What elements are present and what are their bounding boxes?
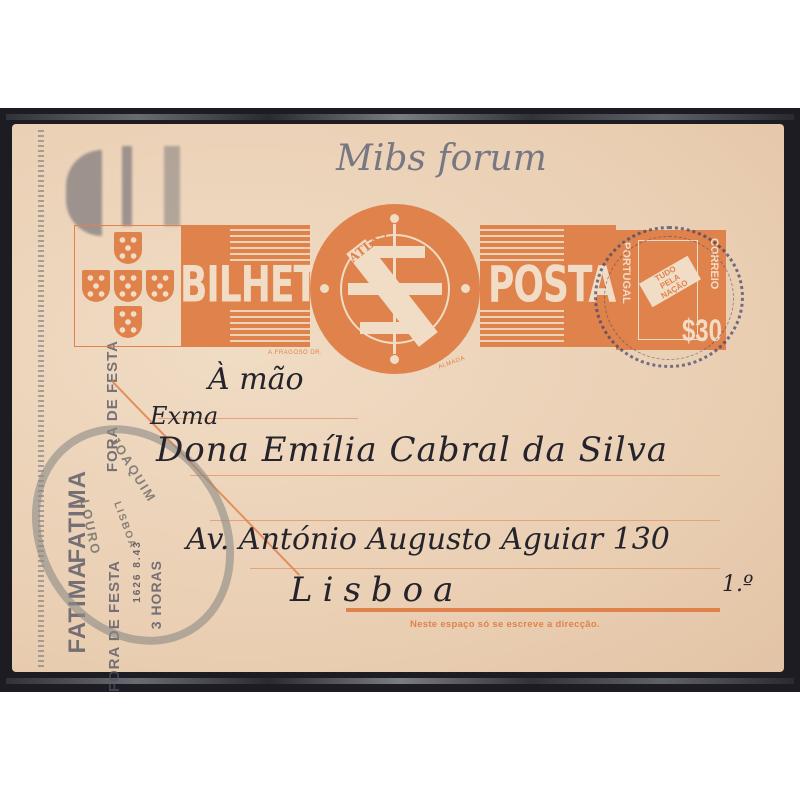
quina-shield-icon <box>114 270 142 302</box>
emblem-dot <box>390 355 399 364</box>
cancel-smudge <box>164 146 180 226</box>
handwritten-line: Lisboa <box>290 570 463 610</box>
emblem-dot <box>320 284 329 293</box>
handwritten-line: À mão <box>208 362 304 397</box>
armillary-sphere-emblem-icon: ATLAS <box>310 204 480 374</box>
cancel-edge-strip <box>38 130 44 670</box>
address-line <box>250 568 720 569</box>
handwritten-line: Av. António Augusto Aguiar 130 <box>186 522 670 557</box>
handwritten-line: Dona Emília Cabral da Silva <box>156 430 668 470</box>
emblem-dot <box>461 284 470 293</box>
band-stripes <box>230 310 310 344</box>
sleeve-highlight-bottom <box>6 678 794 684</box>
address-line <box>190 475 720 476</box>
handwritten-line: Exma <box>150 402 218 430</box>
handwritten-floor: 1.º <box>722 572 753 597</box>
quina-shield-icon <box>82 270 110 302</box>
address-line <box>210 520 720 521</box>
pencil-note: Mibs forum <box>336 138 547 179</box>
quina-shield-icon <box>114 232 142 264</box>
sleeve-highlight-top <box>6 114 794 120</box>
quina-shield-icon <box>114 306 142 338</box>
band-stripes <box>480 310 564 344</box>
cancel-smudge <box>122 146 132 226</box>
emblem-dot <box>390 214 399 223</box>
cachet-date: 1626 8.43 <box>132 540 143 603</box>
engraver-credit: A.FRAGOSO DR. <box>268 350 322 356</box>
circular-postmark-inner <box>604 236 734 360</box>
quina-shield-icon <box>146 270 174 302</box>
address-instruction: Neste espaço só se escreve a direcção. <box>410 619 600 630</box>
